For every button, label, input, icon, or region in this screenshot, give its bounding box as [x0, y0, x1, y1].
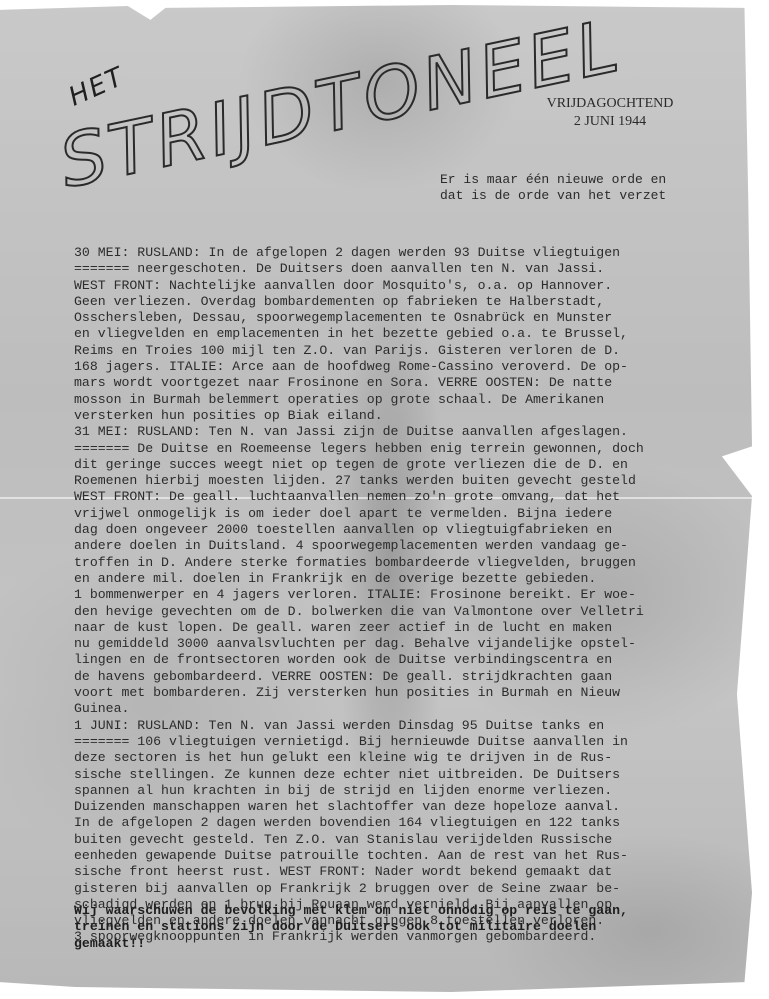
text-line: en vliegvelden en emplacementen in het b…	[74, 326, 714, 342]
text-line: Guinea.	[74, 701, 714, 717]
text-line: Duizenden manschappen waren het slachtof…	[74, 799, 714, 815]
text-line: WEST FRONT: De geall. luchtaanvallen nem…	[74, 489, 714, 505]
dateline: VRIJDAGOCHTEND 2 JUNI 1944	[540, 95, 680, 131]
text-line: andere doelen in Duitsland. 4 spoorwegem…	[74, 538, 714, 554]
text-line: nu gemiddeld 3000 aanvalsvluchten per da…	[74, 636, 714, 652]
warning-line: treinen en stations zijn door de Duitser…	[74, 919, 714, 935]
text-line: mars wordt voortgezet naar Frosinone en …	[74, 375, 714, 391]
text-line: 31 MEI: RUSLAND: Ten N. van Jassi zijn d…	[74, 424, 714, 440]
text-line: dag doen ongeveer 2000 toestellen aanval…	[74, 522, 714, 538]
text-line: den hevige gevechten om de D. bolwerken …	[74, 604, 714, 620]
warning-line: gemaakt!!	[74, 936, 714, 952]
text-line: Geen verliezen. Overdag bombardementen o…	[74, 294, 714, 310]
motto-line: Er is maar één nieuwe orde en	[440, 172, 666, 188]
text-line: lingen en de frontsectoren worden ook de…	[74, 652, 714, 668]
text-line: Roemenen hierbij moesten lijden. 27 tank…	[74, 473, 714, 489]
text-line: In de afgelopen 2 dagen werden bovendien…	[74, 815, 714, 831]
text-line: mosson in Burmah belemmert operaties op …	[74, 392, 714, 408]
text-line: gisteren bij aanvallen op Frankrijk 2 br…	[74, 881, 714, 897]
text-line: de havens gebombardeerd. VERRE OOSTEN: D…	[74, 669, 714, 685]
news-body: 30 MEI: RUSLAND: In de afgelopen 2 dagen…	[74, 245, 714, 946]
text-line: deze sectoren is het hun gelukt een klei…	[74, 750, 714, 766]
text-line: vrijwel onmogelijk is om ieder doel apar…	[74, 506, 714, 522]
motto-line: dat is de orde van het verzet	[440, 188, 666, 204]
text-line: naar de kust lopen. De geall. waren zeer…	[74, 620, 714, 636]
text-line: Osschersleben, Dessau, spoorwegemplaceme…	[74, 310, 714, 326]
warning-line: Wij waarschuwen de bevolking met klem om…	[74, 903, 714, 919]
text-line: troffen in D. Andere sterke formaties bo…	[74, 555, 714, 571]
text-line: sische stellingen. Ze kunnen deze echter…	[74, 767, 714, 783]
text-line: dit geringe succes weegt niet op tegen d…	[74, 457, 714, 473]
text-line: 1 bommenwerper en 4 jagers verloren. ITA…	[74, 587, 714, 603]
text-line: buiten gevecht gesteld. Ten Z.O. van Sta…	[74, 832, 714, 848]
dateline-date: 2 JUNI 1944	[540, 113, 680, 131]
text-line: 1 JUNI: RUSLAND: Ten N. van Jassi werden…	[74, 718, 714, 734]
text-line: 168 jagers. ITALIE: Arce aan de hoofdweg…	[74, 359, 714, 375]
text-line: ======= neergeschoten. De Duitsers doen …	[74, 261, 714, 277]
text-line: ======= De Duitse en Roemeense legers he…	[74, 441, 714, 457]
motto: Er is maar één nieuwe orde en dat is de …	[440, 172, 666, 204]
text-line: sische front heerst rust. WEST FRONT: Na…	[74, 864, 714, 880]
text-line: voort met bombarderen. Zij versterken hu…	[74, 685, 714, 701]
text-line: Reims en Troies 100 mijl ten Z.O. van Pa…	[74, 343, 714, 359]
warning-notice: Wij waarschuwen de bevolking met klem om…	[74, 903, 714, 952]
text-line: ======= 106 vliegtuigen vernietigd. Bij …	[74, 734, 714, 750]
text-line: versterken hun posities op Biak eiland.	[74, 408, 714, 424]
text-line: 30 MEI: RUSLAND: In de afgelopen 2 dagen…	[74, 245, 714, 261]
text-line: spannen al hun krachten in bij de strijd…	[74, 783, 714, 799]
text-line: eenheden gewapende Duitse patrouille toc…	[74, 848, 714, 864]
dateline-day: VRIJDAGOCHTEND	[540, 95, 680, 113]
text-line: en andere mil. doelen in Frankrijk en de…	[74, 571, 714, 587]
text-line: WEST FRONT: Nachtelijke aanvallen door M…	[74, 278, 714, 294]
